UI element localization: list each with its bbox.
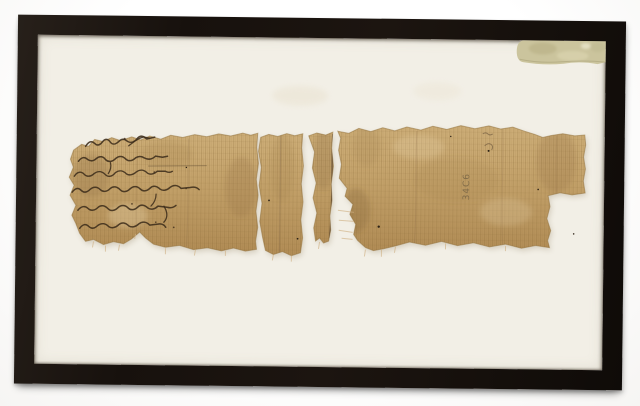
picture-frame: 34C6 [14,15,626,391]
mat-board: 34C6 [34,35,606,370]
photograph-of-framed-papyrus: 34C6 [0,0,640,406]
mat-stains [272,80,461,107]
papyrus-fragment-graphic: 34C6 [34,35,606,370]
tape [517,40,606,65]
pencil-inscription: 34C6 [462,173,472,201]
